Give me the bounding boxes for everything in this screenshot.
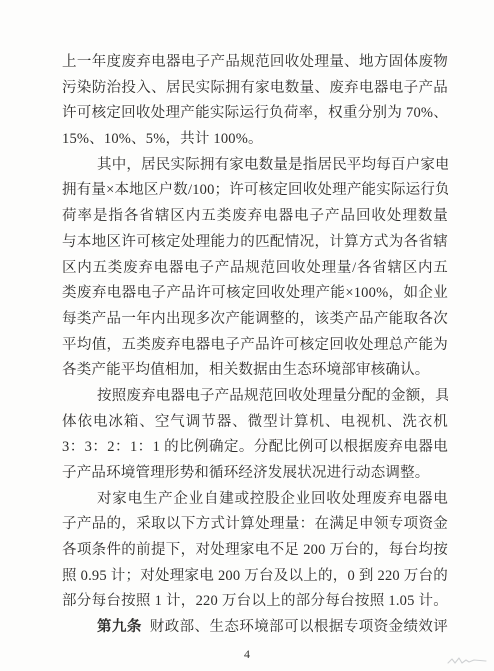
text-line: 荷率是指各省辖区内五类废弃电器电子产品回收处理数量 bbox=[62, 204, 448, 230]
text-line: 部分每台按照 1 计，220 万台以上的部分每台按照 1.05 计。 bbox=[62, 589, 448, 615]
page-body: 上一年度废弃电器电子产品规范回收处理量、地方固体废物 污染防治投入、居民实际拥有… bbox=[62, 50, 448, 641]
paragraph-article-nine: 第九条财政部、生态环境部可以根据专项资金绩效评 bbox=[62, 615, 448, 641]
text-line: 污染防治投入、居民实际拥有家电数量、废弃电器电子产品 bbox=[62, 76, 448, 102]
text-line: 平均值，五类废弃电器电子产品许可核定回收处理总产能为 bbox=[62, 333, 448, 359]
text-line: 对家电生产企业自建或控股企业回收处理废弃电器电 bbox=[62, 487, 448, 513]
text-line: 各项条件的前提下，对处理家电不足 200 万台的，每台均按 bbox=[62, 538, 448, 564]
page-number: 4 bbox=[0, 647, 494, 661]
text-line: 各类产能平均值相加，相关数据由生态环境部审核确认。 bbox=[62, 358, 448, 384]
text-line: 上一年度废弃电器电子产品规范回收处理量、地方固体废物 bbox=[62, 50, 448, 76]
text-line: 照 0.95 计；对处理家电 200 万台及以上的，0 到 220 万台的 bbox=[62, 564, 448, 590]
text-line: 子产品的，采取以下方式计算处理量：在满足申领专项资金 bbox=[62, 512, 448, 538]
article-number-label: 第九条 bbox=[97, 619, 142, 635]
paragraph: 对家电生产企业自建或控股企业回收处理废弃电器电 子产品的，采取以下方式计算处理量… bbox=[62, 487, 448, 615]
text-line: 拥有量×本地区户数/100；许可核定回收处理产能实际运行负 bbox=[62, 178, 448, 204]
text-line: 类废弃电器电子产品许可核定回收处理产能×100%，如企业 bbox=[62, 281, 448, 307]
paragraph: 上一年度废弃电器电子产品规范回收处理量、地方固体废物 污染防治投入、居民实际拥有… bbox=[62, 50, 448, 153]
text-line: 15%、10%、5%，共计 100%。 bbox=[62, 127, 448, 153]
text-line: 第九条财政部、生态环境部可以根据专项资金绩效评 bbox=[62, 615, 448, 641]
text-line: 体依电冰箱、空气调节器、微型计算机、电视机、洗衣机 bbox=[62, 410, 448, 436]
text-line: 许可核定回收处理产能实际运行负荷率，权重分别为 70%、 bbox=[62, 101, 448, 127]
text-line: 按照废弃电器电子产品规范回收处理量分配的金额，具 bbox=[62, 384, 448, 410]
article-text: 财政部、生态环境部可以根据专项资金绩效评 bbox=[150, 619, 448, 635]
paragraph: 其中，居民实际拥有家电数量是指居民平均每百户家电 拥有量×本地区户数/100；许… bbox=[62, 153, 448, 384]
text-line: 与本地区许可核定处理能力的匹配情况，计算方式为各省辖 bbox=[62, 230, 448, 256]
text-line: 其中，居民实际拥有家电数量是指居民平均每百户家电 bbox=[62, 153, 448, 179]
scan-artifact-mark bbox=[447, 654, 489, 668]
text-line: 3：3：2：1：1 的比例确定。分配比例可以根据废弃电器电 bbox=[62, 435, 448, 461]
text-line: 子产品环境管理形势和循环经济发展状况进行动态调整。 bbox=[62, 461, 448, 487]
text-line: 每类产品一年内出现多次产能调整的，该类产品产能取各次 bbox=[62, 307, 448, 333]
document-page: 上一年度废弃电器电子产品规范回收处理量、地方固体废物 污染防治投入、居民实际拥有… bbox=[0, 0, 494, 671]
paragraph: 按照废弃电器电子产品规范回收处理量分配的金额，具 体依电冰箱、空气调节器、微型计… bbox=[62, 384, 448, 487]
text-line: 区内五类废弃电器电子产品规范回收处理量/各省辖区内五 bbox=[62, 256, 448, 282]
